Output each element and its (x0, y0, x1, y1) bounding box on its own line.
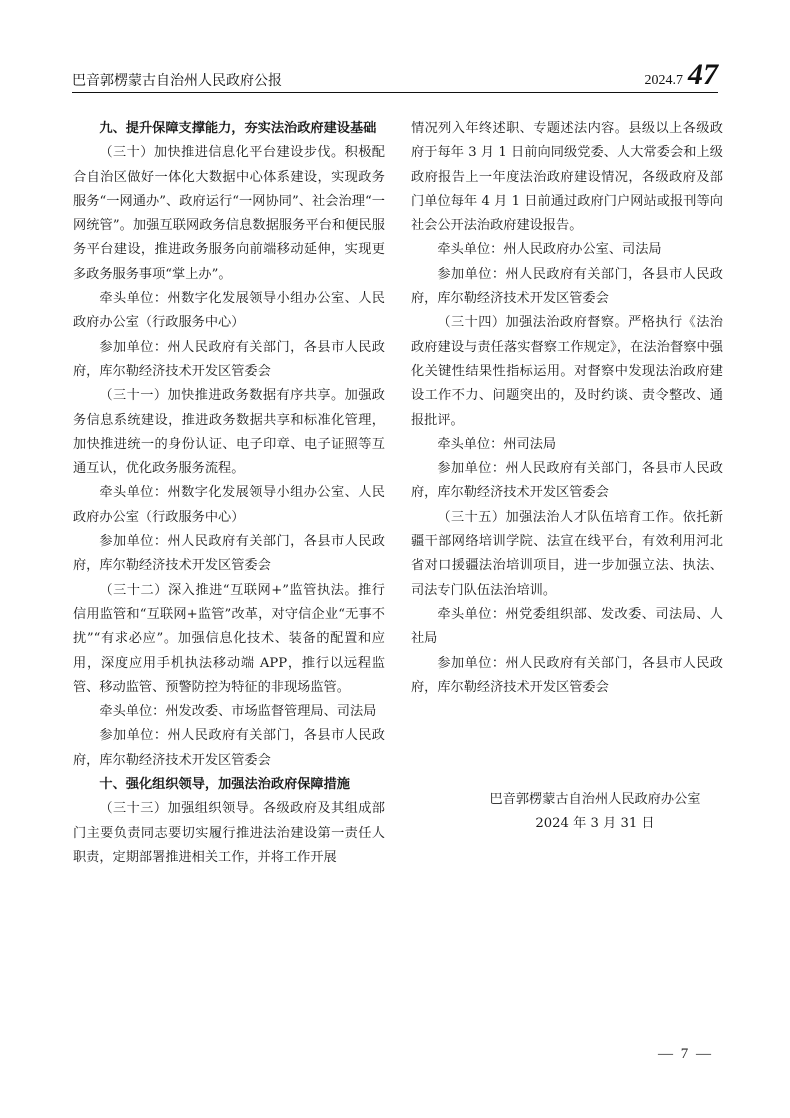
lead-unit: 牵头单位：州数字化发展领导小组办公室、人民政府办公室（行政服务中心） (73, 287, 385, 336)
paragraph: （三十五）加强法治人才队伍培育工作。依托新疆干部网络培训学院、法宣在线平台，有效… (411, 506, 723, 603)
section-heading-10: 十、强化组织领导，加强法治政府保障措施 (73, 773, 385, 797)
page-number: — 7 — (658, 1046, 713, 1063)
issue-number: 47 (688, 60, 718, 90)
participating-units: 参加单位：州人民政府有关部门，各县市人民政府，库尔勒经济技术开发区管委会 (411, 263, 723, 312)
lead-unit: 牵头单位：州数字化发展领导小组办公室、人民政府办公室（行政服务中心） (73, 481, 385, 530)
paragraph: （三十三）加强组织领导。各级政府及其组成部门主要负责同志要切实履行推进法治建设第… (73, 797, 385, 870)
paragraph: （三十二）深入推进“互联网+”监管执法。推行信用监管和“互联网+监管”改革，对守… (73, 579, 385, 700)
paragraph-continued: 情况列入年终述职、专题述法内容。县级以上各级政府于每年 3 月 1 日前向同级党… (411, 117, 723, 238)
participating-units: 参加单位：州人民政府有关部门，各县市人民政府，库尔勒经济技术开发区管委会 (73, 724, 385, 773)
issue-date: 2024.7 (645, 73, 684, 89)
participating-units: 参加单位：州人民政府有关部门，各县市人民政府，库尔勒经济技术开发区管委会 (411, 457, 723, 506)
participating-units: 参加单位：州人民政府有关部门，各县市人民政府，库尔勒经济技术开发区管委会 (73, 336, 385, 385)
paragraph: （三十一）加快推进政务数据有序共享。加强政务信息系统建设，推进政务数据共享和标准… (73, 384, 385, 481)
participating-units: 参加单位：州人民政府有关部门，各县市人民政府，库尔勒经济技术开发区管委会 (411, 652, 723, 701)
issue-info: 2024.7 47 (645, 60, 719, 90)
page-header: 巴音郭楞蒙古自治州人民政府公报 2024.7 47 (72, 62, 718, 93)
signature-organization: 巴音郭楞蒙古自治州人民政府办公室 (470, 788, 720, 812)
section-heading-9: 九、提升保障支撑能力，夯实法治政府建设基础 (73, 117, 385, 141)
publication-title: 巴音郭楞蒙古自治州人民政府公报 (72, 70, 282, 90)
participating-units: 参加单位：州人民政府有关部门，各县市人民政府，库尔勒经济技术开发区管委会 (73, 530, 385, 579)
lead-unit: 牵头单位：州党委组织部、发改委、司法局、人社局 (411, 603, 723, 652)
signature-date: 2024 年 3 月 31 日 (470, 812, 720, 836)
left-column: 九、提升保障支撑能力，夯实法治政府建设基础 （三十）加快推进信息化平台建设步伐。… (73, 117, 385, 870)
lead-unit: 牵头单位：州司法局 (411, 433, 723, 457)
lead-unit: 牵头单位：州人民政府办公室、司法局 (411, 238, 723, 262)
paragraph: （三十）加快推进信息化平台建设步伐。积极配合自治区做好一体化大数据中心体系建设，… (73, 141, 385, 287)
right-column: 情况列入年终述职、专题述法内容。县级以上各级政府于每年 3 月 1 日前向同级党… (411, 117, 723, 700)
paragraph: （三十四）加强法治政府督察。严格执行《法治政府建设与责任落实督察工作规定》，在法… (411, 311, 723, 432)
lead-unit: 牵头单位：州发改委、市场监督管理局、司法局 (73, 700, 385, 724)
